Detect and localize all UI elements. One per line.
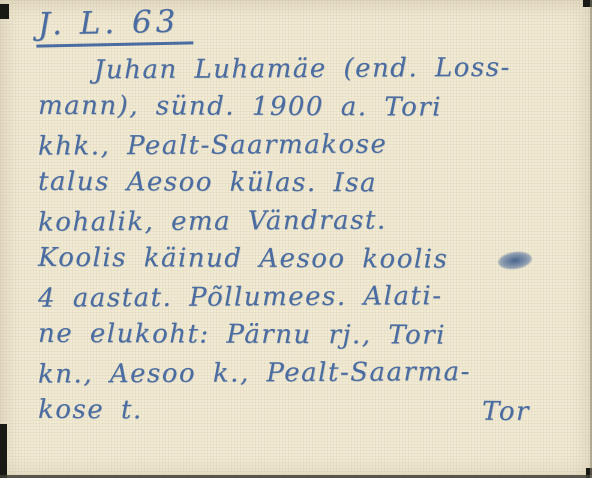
last-line-left-text: kose t. [38,391,143,429]
handwritten-line: mann), sünd. 1900 a. Tori [38,87,576,127]
scan-edge-mark-bottom-left [0,424,7,478]
handwritten-line: talus Aesoo külas. Isa [38,163,576,203]
card-body: Juhan Luhamäe (end. Loss- mann), sünd. 1… [38,50,576,430]
card-header-reference: J. L. 63 [36,3,194,47]
scan-edge-mark-top-left [0,4,9,19]
handwritten-last-line: kose t. Tor [38,391,576,431]
handwritten-line: Juhan Luhamäe (end. Loss- [38,48,576,89]
handwritten-line: kn., Aesoo k., Pealt-Saarma- [38,352,576,393]
signature-text: Tor [482,393,530,431]
handwritten-line: Koolis käinud Aesoo koolis [38,239,576,279]
handwritten-line: khk., Pealt-Saarmakose [38,124,576,165]
handwritten-line: 4 aastat. Põllumees. Alati- [38,276,576,317]
archive-card: J. L. 63 Juhan Luhamäe (end. Loss- mann)… [0,0,592,478]
handwritten-line: kohalik, ema Vändrast. [38,200,576,241]
handwritten-line: ne elukoht: Pärnu rj., Tori [38,315,576,355]
